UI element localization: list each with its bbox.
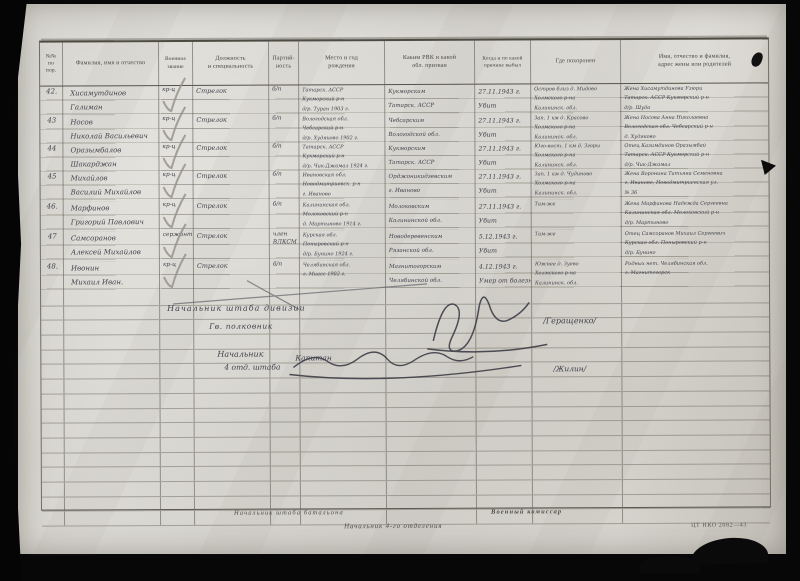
row-party-status: б/п [268, 114, 298, 142]
text-line: д/р. Мартыново [625, 218, 767, 228]
empty-cell [193, 291, 269, 305]
empty-cell [160, 467, 194, 481]
row-military-rank: кр-ц [158, 143, 192, 171]
given-name: Василий Михайлов [67, 186, 157, 200]
empty-cell [531, 333, 621, 347]
row-relatives-cell: Жена Носова Анна Николаевна Вологодская … [620, 112, 768, 141]
empty-cell [193, 379, 269, 393]
text-line: Новодеревенским [389, 231, 473, 245]
empty-cell [532, 465, 622, 479]
text-line: Убит [478, 99, 528, 113]
text-line: 27.11.1943 г. [478, 85, 528, 99]
empty-cell [300, 408, 386, 422]
surname: Хисамутдинов [66, 87, 156, 101]
empty-cell [385, 290, 475, 304]
row-birthplace-cell: Татарск. АССР Кукморский р-н д/р. Чик-Дж… [298, 142, 384, 170]
text-line: Умер от болезни [479, 274, 529, 288]
empty-cell [160, 482, 194, 496]
row-military-rank: кр-ц [159, 201, 193, 231]
row-burial-place-cell: Юго-вост. 1 км д. Згоры Холмского р-на К… [530, 141, 620, 169]
empty-cell [41, 365, 63, 379]
text-line: Холмского р-на [534, 94, 618, 104]
table-body: 42. Хисамутдинов Галиман кр-ц Стрелок б/… [40, 83, 769, 291]
table-row: 42. Хисамутдинов Галиман кр-ц Стрелок б/… [40, 83, 768, 115]
text-line: Челябинской обл. [389, 274, 473, 288]
footer-battalion-chief-label: Начальник штаба батальона [234, 509, 344, 516]
empty-cell [299, 334, 385, 348]
text-line: Калининской обл. [389, 214, 473, 228]
row-draft-office-cell: Орджоникидзевским г. Иваново [385, 170, 475, 200]
empty-cell [270, 423, 300, 437]
row-duty: Стрелок [192, 143, 268, 171]
empty-cell [299, 393, 385, 407]
signature2-rank: Капитан [295, 353, 332, 362]
row-draft-office-cell: Кукморским Татарск. АССР [384, 142, 474, 170]
row-duty: Стрелок [193, 261, 269, 291]
empty-cell [42, 482, 64, 496]
row-number: 45 [41, 171, 63, 201]
empty-cell [64, 482, 160, 496]
text-line: Магнитогорским [389, 261, 473, 275]
text-line: 27.11.1943 г. [479, 170, 529, 184]
surname: Марфинов [67, 202, 157, 216]
empty-cell [475, 378, 531, 392]
row-birthplace-cell: Татарск. АССР Кукморский р-н д/р. Туран … [298, 85, 384, 114]
empty-cell [386, 422, 476, 436]
empty-cell [300, 422, 386, 436]
empty-cell [63, 291, 159, 305]
table-row: 43 Носов Николай Васильевич кр-ц Стрелок… [40, 112, 768, 143]
text-line: Калининск. обл. [535, 189, 619, 199]
text-line: Убит [478, 156, 528, 170]
row-birthplace-cell: Калининская обл. Молоковский р-н д. Март… [299, 200, 385, 230]
table-row: 48. Ивонин Михаил Иван. кр-ц Стрелок б/п… [41, 258, 769, 291]
row-party-status: б/п [269, 170, 299, 200]
empty-cell [621, 362, 769, 376]
empty-cell [64, 409, 160, 423]
empty-cell [41, 291, 63, 305]
empty-cell [475, 348, 531, 362]
row-relatives-cell: Жена Марфинова Надежда Сергеевна Калинин… [621, 198, 769, 229]
empty-cell [41, 306, 63, 320]
empty-cell [386, 495, 476, 509]
empty-cell [193, 393, 269, 407]
row-draft-office-cell: Новодеревенским Рязанской обл. [385, 230, 475, 260]
surname: Михайлов [67, 172, 157, 186]
empty-cell [64, 497, 160, 511]
text-line: Татарск. АССР [388, 99, 472, 113]
empty-cell [159, 291, 193, 305]
empty-cell [41, 321, 63, 335]
empty-cell [621, 391, 769, 405]
column-header: Фамилия, имя и отчество [62, 42, 158, 85]
row-relatives-cell: Родных нет. Челябинская обл. г. Магнитог… [621, 258, 769, 289]
signature2-role-line2: 4 отд. штаба [224, 363, 280, 372]
empty-cell [476, 495, 532, 509]
empty-cell [532, 436, 622, 450]
empty-cell [622, 494, 770, 508]
empty-cell [621, 288, 769, 302]
table-row: 47 Самсоранов Алексей Михайлов сержант С… [41, 228, 769, 261]
text-line: Чебсарским [388, 115, 472, 129]
row-party-status: б/п [269, 260, 299, 290]
empty-cell [622, 509, 770, 523]
row-birthplace-cell: Вологодская обл. Чебсарский р-н д/р. Худ… [298, 114, 384, 142]
empty-cell [42, 394, 64, 408]
empty-cell [42, 453, 64, 467]
text-line: Холмского р-на [535, 179, 619, 189]
signature1-name: /Геращенко/ [543, 316, 596, 325]
text-line: Новодмитриевск. р-н [303, 180, 383, 190]
empty-cell [299, 364, 385, 378]
empty-cell [300, 466, 386, 480]
empty-cell [531, 289, 621, 303]
empty-cell [385, 378, 475, 392]
table-row: 46. Марфинов Григорий Павлович кр-ц Стре… [41, 198, 769, 231]
text-line: Там-же [535, 230, 619, 240]
empty-cell [41, 350, 63, 364]
empty-cell [475, 289, 531, 303]
empty-cell [532, 407, 622, 421]
empty-cell [475, 363, 531, 377]
row-birthplace-cell: Курская обл. Поныровский р-н д/р. Бунино… [299, 230, 385, 260]
empty-cell [41, 336, 63, 350]
text-line: 27.11.1943 г. [478, 142, 528, 156]
empty-cell [385, 348, 475, 362]
row-burial-place-cell: Зап. 1 км д. Красово Холмского р-на Кали… [530, 113, 620, 141]
empty-cell [622, 479, 770, 493]
column-header: Имя, отчество и фамилия, адрес жены или … [620, 39, 768, 83]
row-party-status: б/п [268, 85, 298, 114]
row-draft-office-cell: Молоковским Калининской обл. [385, 200, 475, 230]
given-name: Галиман [66, 101, 156, 115]
column-header: Когда и по какой причине выбыл [474, 40, 530, 83]
text-line: Молоковский р-н [303, 210, 383, 220]
empty-cell [63, 306, 159, 320]
row-number: 43 [40, 115, 62, 143]
form-print-stamp: ЦТ НКО 2082—43 [691, 522, 747, 528]
surname: Ивонин [67, 262, 157, 276]
empty-cell [160, 423, 194, 437]
signature2-role-line1: Начальник [217, 350, 263, 359]
empty-cell [270, 467, 300, 481]
text-line: д/р. Бунино [625, 248, 767, 258]
row-military-rank: кр-ц [159, 171, 193, 201]
row-duty: Стрелок [193, 171, 269, 201]
text-line: Калининск. обл. [535, 279, 619, 289]
row-military-rank: кр-ц [158, 115, 192, 143]
empty-cell [476, 436, 532, 450]
empty-cell [532, 480, 622, 494]
text-line: Орджоникидзевским [389, 171, 473, 185]
empty-cell [159, 350, 193, 364]
signature2-name: /Жилин/ [553, 364, 586, 373]
empty-cell [475, 392, 531, 406]
empty-cell [270, 452, 300, 466]
empty-cell [621, 303, 769, 317]
text-line: Южнее д. Зуево [535, 260, 619, 270]
text-line: Поныровский р-н [303, 240, 383, 250]
scan-edge-bottom-blot [640, 556, 700, 574]
empty-cell [531, 392, 621, 406]
row-duty: Стрелок [192, 115, 268, 143]
text-line: 27.11.1943 г. [478, 114, 528, 128]
row-name-cell: Михайлов Василий Михайлов [63, 171, 159, 201]
empty-cell [269, 379, 299, 393]
empty-cell [64, 423, 160, 437]
surname: Самсоранов [67, 232, 157, 246]
text-line: Молоковским [389, 201, 473, 215]
empty-cell [621, 318, 769, 332]
text-line: Кукморским [388, 143, 472, 157]
empty-cell [42, 497, 64, 511]
paper-content: №№ по пор.Фамилия, имя и отчествоВоенное… [17, 2, 787, 555]
empty-cell [159, 364, 193, 378]
empty-cell [159, 394, 193, 408]
text-line: д/р. Бунино 1924 г. [303, 250, 383, 260]
empty-cell [532, 495, 622, 509]
row-duty: Стрелок [193, 201, 269, 231]
empty-cell [386, 466, 476, 480]
given-name: Михаил Иван. [67, 276, 157, 290]
text-line: Кукморским [388, 86, 472, 100]
text-line: Кукморский р-н [302, 152, 382, 162]
empty-cell [42, 424, 64, 438]
row-loss-date-cause-cell: 27.11.1943 г. Убит [474, 141, 530, 169]
row-burial-place-cell: Зап. 1 км д. Чудиново Холмского р-на Кал… [531, 169, 621, 199]
table-header-row: №№ по пор.Фамилия, имя и отчествоВоенное… [40, 39, 768, 86]
empty-cell [300, 481, 386, 495]
text-line: Курская обл. [303, 231, 383, 241]
empty-cell [621, 332, 769, 346]
text-line: Челябинская обл. [303, 261, 383, 271]
text-line: Зап. 1 км д. Красово [534, 114, 618, 124]
row-burial-place-cell: Там-же [531, 199, 621, 229]
empty-cell [270, 496, 300, 510]
empty-cell [160, 511, 194, 525]
empty-cell [299, 305, 385, 319]
empty-cell [159, 320, 193, 334]
empty-cell [64, 511, 160, 525]
empty-cell [64, 438, 160, 452]
empty-cell [531, 348, 621, 362]
given-name: Николай Васильевич [66, 130, 156, 144]
row-name-cell: Марфинов Григорий Павлович [63, 201, 159, 231]
empty-cell [160, 452, 194, 466]
empty-cell [475, 319, 531, 333]
row-loss-date-cause-cell: 5.12.1943 г. Убит [475, 229, 531, 259]
casualty-list-table: №№ по пор.Фамилия, имя и отчествоВоенное… [39, 37, 771, 510]
row-draft-office-cell: Кукморским Татарск. АССР [384, 85, 474, 114]
row-draft-office-cell: Чебсарским Вологодской обл. [384, 114, 474, 142]
empty-cell [386, 451, 476, 465]
table-row: 45 Михайлов Василий Михайлов кр-ц Стрело… [41, 168, 769, 201]
empty-cell [385, 334, 475, 348]
given-name: Шакарджан [66, 158, 156, 172]
text-line: д/р. Туран 1903 г. [302, 105, 382, 115]
row-party-status: б/п [269, 200, 299, 230]
text-line: Холмского р-на [534, 151, 618, 161]
empty-cell [386, 437, 476, 451]
empty-cell [269, 290, 299, 304]
text-line: 27.11.1943 г. [479, 200, 529, 214]
text-line: Холмского р-на [535, 269, 619, 279]
text-line: Калининская обл. [303, 201, 383, 211]
row-relatives-cell: Жена Хисамутдинова Узюри Татарск. АССР К… [620, 83, 768, 113]
empty-cell [194, 423, 270, 437]
empty-cell [300, 452, 386, 466]
empty-cell [385, 392, 475, 406]
text-line: г. Иваново [303, 190, 383, 200]
empty-cell [64, 453, 160, 467]
text-line: Убит [479, 244, 529, 258]
empty-cell [270, 481, 300, 495]
empty-cell [475, 333, 531, 347]
paper-sheet: №№ по пор.Фамилия, имя и отчествоВоенное… [18, 4, 786, 554]
empty-cell [269, 335, 299, 349]
empty-cell [386, 407, 476, 421]
text-line: Вологодская обл. [302, 115, 382, 125]
text-line: Убит [478, 128, 528, 142]
text-line: Остров близ д. Мидово [534, 85, 618, 95]
empty-cell [160, 497, 194, 511]
empty-cell [476, 480, 532, 494]
row-number: 46. [41, 201, 63, 231]
text-line: Татарск. АССР [302, 86, 382, 96]
row-military-rank: кр-ц [159, 261, 193, 291]
empty-cell [300, 496, 386, 510]
row-name-cell: Носов Николай Васильевич [62, 115, 158, 143]
row-party-status: б/п [268, 142, 298, 170]
empty-cell [42, 512, 64, 526]
signature1-rank: Гв. полковник [209, 322, 273, 331]
text-line: № 36 [625, 188, 767, 198]
empty-cell [194, 482, 270, 496]
empty-cell [299, 290, 385, 304]
empty-cell [63, 350, 159, 364]
row-name-cell: Ивонин Михаил Иван. [63, 261, 159, 291]
empty-cell [622, 421, 770, 435]
footer-military-commissar-label: Военный комиссар [491, 508, 562, 515]
text-line: Татарск. АССР [302, 143, 382, 153]
empty-cell [194, 437, 270, 451]
row-number: 47 [41, 231, 63, 261]
empty-cell [531, 377, 621, 391]
empty-cell [63, 320, 159, 334]
row-military-rank: сержант [159, 231, 193, 261]
empty-cell [42, 468, 64, 482]
text-line: г. Магнитогорск [625, 269, 767, 279]
text-line: Зап. 1 км д. Чудиново [535, 170, 619, 180]
empty-cell [63, 364, 159, 378]
empty-cell [194, 408, 270, 422]
empty-cell [299, 319, 385, 333]
empty-cell [269, 393, 299, 407]
given-name: Григорий Павлович [67, 216, 157, 230]
empty-cell [385, 363, 475, 377]
text-line: г. Иваново [389, 184, 473, 198]
row-number: 44 [40, 143, 62, 171]
empty-cell [194, 452, 270, 466]
row-loss-date-cause-cell: 27.11.1943 г. Убит [475, 169, 531, 199]
column-header: Место и год рождения [298, 41, 384, 84]
text-line: д. Мартыново 1914 г. [303, 220, 383, 230]
empty-cell [193, 335, 269, 349]
text-line: 5.12.1943 г. [479, 230, 529, 244]
text-line: Убит [479, 184, 529, 198]
empty-cell [63, 335, 159, 349]
empty-cell [270, 437, 300, 451]
row-loss-date-cause-cell: 27.11.1943 г. Убит [474, 113, 530, 141]
column-header: Где похоронен [530, 40, 620, 83]
empty-cell [41, 380, 63, 394]
empty-cell [299, 378, 385, 392]
empty-cell [194, 496, 270, 510]
empty-cell [476, 422, 532, 436]
row-name-cell: Самсоранов Алексей Михайлов [63, 231, 159, 261]
row-loss-date-cause-cell: 27.11.1943 г. Убит [474, 84, 530, 113]
row-loss-date-cause-cell: 4.12.1943 г. Умер от болезни [475, 259, 531, 289]
text-line: Холмского р-на [534, 123, 618, 133]
empty-cell [622, 435, 770, 449]
empty-cell [269, 320, 299, 334]
signature1-role: Начальник штаба дивизии [167, 303, 306, 313]
empty-cell [386, 481, 476, 495]
text-line: Убит [479, 214, 529, 228]
text-line: Татарск. АССР [388, 156, 472, 170]
empty-cell [476, 451, 532, 465]
text-line: Юго-вост. 1 км д. Згоры [534, 142, 618, 152]
empty-cell [159, 335, 193, 349]
empty-cell [63, 394, 159, 408]
empty-cell [621, 347, 769, 361]
text-line: Рязанской обл. [389, 244, 473, 258]
empty-cell [194, 467, 270, 481]
row-birthplace-cell: Челябинская обл. г. Миасс 1902 г. [299, 260, 385, 290]
empty-cell [475, 304, 531, 318]
row-duty: Стрелок [193, 231, 269, 261]
row-relatives-cell: Отец Казимдинов Оразымбай Татарск. АССР … [620, 140, 768, 169]
empty-cell [42, 438, 64, 452]
row-relatives-cell: Жена Воронина Татьяна Семеновна г. Ивано… [621, 168, 769, 199]
surname: Оразымбалов [66, 144, 156, 158]
text-line: Ивановская обл. [303, 171, 383, 181]
row-draft-office-cell: Магнитогорским Челябинской обл. [385, 260, 475, 290]
empty-cell [532, 451, 622, 465]
column-header: Военное звание [158, 42, 192, 85]
column-header: Должность и специальность [192, 42, 268, 85]
row-military-rank: кр-ц [158, 86, 192, 115]
column-header: №№ по пор. [40, 42, 62, 85]
empty-cell [42, 409, 64, 423]
row-birthplace-cell: Ивановская обл. Новодмитриевск. р-н г. И… [299, 170, 385, 200]
empty-ruled-section [41, 288, 770, 526]
empty-cell [63, 379, 159, 393]
row-burial-place-cell: Остров близ д. Мидово Холмского р-на Кал… [530, 84, 620, 113]
empty-cell [270, 408, 300, 422]
text-line: Кукморский р-н [302, 95, 382, 105]
row-burial-place-cell: Там-же [531, 229, 621, 259]
empty-cell [159, 379, 193, 393]
text-line: 4.12.1943 г. [479, 260, 529, 274]
empty-cell [476, 466, 532, 480]
row-party-status: член ВЛКСМ [269, 230, 299, 260]
column-header: Партий- ность [268, 41, 298, 84]
row-burial-place-cell: Южнее д. Зуево Холмского р-на Калининск.… [531, 259, 621, 289]
row-number: 48. [41, 261, 63, 291]
table-row: 44 Оразымбалов Шакарджан кр-ц Стрелок б/… [40, 140, 768, 171]
row-name-cell: Хисамутдинов Галиман [62, 86, 158, 115]
